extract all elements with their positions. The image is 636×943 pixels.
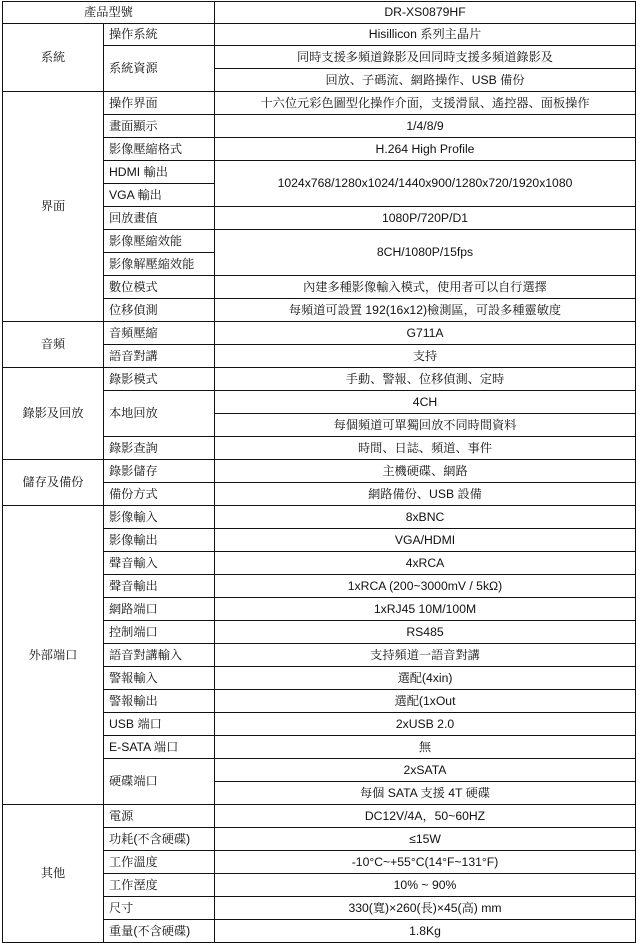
spec-label-cell: 回放畫值 <box>104 207 215 230</box>
spec-label-cell: 尺寸 <box>104 897 215 913</box>
spec-label-cell: 位移偵測 <box>104 299 215 322</box>
table-row: 儲存及備份錄影儲存主機硬碟、網路 <box>3 460 636 483</box>
spec-label-cell: VGA 輸出 <box>104 184 215 207</box>
spec-value-cell: DC12V/4A，50~60HZ <box>215 805 636 828</box>
spec-value-cell: 回放、子碼流、網路操作、USB 備份 <box>215 69 636 92</box>
spec-label-cell: 影像壓縮效能 <box>104 230 215 253</box>
spec-value-cell: 時間、日誌、頻道、事件 <box>215 437 636 460</box>
spec-value-cell: 十六位元彩色圖型化操作介面，支援滑鼠、遙控器、面板操作 <box>215 92 636 115</box>
table-row: 音頻音頻壓縮G711A <box>3 322 636 345</box>
spec-value-cell: 2xSATA <box>215 759 636 782</box>
spec-value-cell: 每個頻道可單獨回放不同時間資料 <box>215 414 636 437</box>
spec-value-cell: 8CH/1080P/15fps <box>215 230 636 276</box>
spec-label-cell: HDMI 輸出 <box>104 161 215 184</box>
table-row: 其他電源DC12V/4A，50~60HZ <box>3 805 636 828</box>
spec-value-cell: 內建多種影像輸入模式，使用者可以自行選擇 <box>215 276 636 299</box>
table-row: 界面操作界面十六位元彩色圖型化操作介面，支援滑鼠、遙控器、面板操作 <box>3 92 636 115</box>
spec-label-cell: 畫面顯示 <box>104 115 215 138</box>
spec-label-cell: 操作系統 <box>104 24 215 46</box>
spec-value-cell: G711A <box>215 322 636 345</box>
category-cell: 界面 <box>3 92 104 322</box>
spec-value-cell: 1/4/8/9 <box>215 115 636 138</box>
header-row: 產品型號 DR-XS0879HF <box>3 2 636 24</box>
spec-value-cell: 選配(1xOut <box>215 690 636 713</box>
category-cell: 系統 <box>3 24 104 92</box>
spec-label-cell: 警報輸出 <box>104 690 215 713</box>
spec-value-cell: 支持 <box>215 345 636 368</box>
spec-label-cell: 工作溼度 <box>104 874 215 897</box>
table-row: 錄影及回放錄影模式手動、警報、位移偵測、定時 <box>3 368 636 391</box>
spec-label-cell: 備份方式 <box>104 483 215 506</box>
category-cell: 其他 <box>3 805 104 913</box>
spec-label-cell: 影像解壓縮效能 <box>104 253 215 276</box>
spec-value-cell: 同時支援多頻道錄影及回同時支援多頻道錄影及 <box>215 46 636 69</box>
spec-value-cell: 1xRCA (200~3000mV / 5kΩ) <box>215 575 636 598</box>
spec-table: 產品型號 DR-XS0879HF 系統操作系統Hisillicon 系列主晶片系… <box>2 1 636 912</box>
spec-value-cell: 手動、警報、位移偵測、定時 <box>215 368 636 391</box>
spec-label-cell: 錄影儲存 <box>104 460 215 483</box>
spec-label-cell: 影像壓縮格式 <box>104 138 215 161</box>
spec-value-cell: 無 <box>215 736 636 759</box>
spec-label-cell: 影像輸入 <box>104 506 215 529</box>
spec-value-cell: 選配(4xin) <box>215 667 636 690</box>
category-cell: 音頻 <box>3 322 104 368</box>
spec-table-body: 產品型號 DR-XS0879HF 系統操作系統Hisillicon 系列主晶片系… <box>3 2 636 913</box>
spec-label-cell: E-SATA 端口 <box>104 736 215 759</box>
model-value: DR-XS0879HF <box>215 2 636 24</box>
category-cell: 外部端口 <box>3 506 104 805</box>
spec-label-cell: 網路端口 <box>104 598 215 621</box>
spec-value-cell: ≤15W <box>215 828 636 851</box>
table-row: 系統操作系統Hisillicon 系列主晶片 <box>3 24 636 46</box>
spec-label-cell: 工作溫度 <box>104 851 215 874</box>
spec-value-cell: 8xBNC <box>215 506 636 529</box>
spec-label-cell: 錄影查詢 <box>104 437 215 460</box>
spec-label-cell: 數位模式 <box>104 276 215 299</box>
spec-value-cell: 4CH <box>215 391 636 414</box>
spec-label-cell: 操作界面 <box>104 92 215 115</box>
spec-value-cell: -10°C~+55°C(14°F~131°F) <box>215 851 636 874</box>
spec-label-cell: 錄影模式 <box>104 368 215 391</box>
spec-value-cell: 每頻道可設置 192(16x12)檢測區，可設多種靈敏度 <box>215 299 636 322</box>
spec-value-cell: H.264 High Profile <box>215 138 636 161</box>
spec-value-cell: 10% ~ 90% <box>215 874 636 897</box>
spec-label-cell: 功耗(不含硬碟) <box>104 828 215 851</box>
spec-value-cell: RS485 <box>215 621 636 644</box>
spec-label-cell: 影像輸出 <box>104 529 215 552</box>
spec-label-cell: USB 端口 <box>104 713 215 736</box>
spec-label-cell: 語音對講輸入 <box>104 644 215 667</box>
category-cell: 錄影及回放 <box>3 368 104 460</box>
spec-value-cell: 1080P/720P/D1 <box>215 207 636 230</box>
spec-value-cell: 1xRJ45 10M/100M <box>215 598 636 621</box>
spec-value-cell: 330(寬)×260(長)×45(高) mm <box>215 897 636 913</box>
spec-label-cell: 聲音輸出 <box>104 575 215 598</box>
model-label: 產品型號 <box>3 2 215 24</box>
spec-value-cell: 4xRCA <box>215 552 636 575</box>
spec-label-cell: 電源 <box>104 805 215 828</box>
spec-label-cell: 控制端口 <box>104 621 215 644</box>
spec-value-cell: 1024x768/1280x1024/1440x900/1280x720/192… <box>215 161 636 207</box>
spec-label-cell: 聲音輸入 <box>104 552 215 575</box>
spec-value-cell: VGA/HDMI <box>215 529 636 552</box>
spec-value-cell: 支持頻道一語音對講 <box>215 644 636 667</box>
spec-label-cell: 本地回放 <box>104 391 215 437</box>
spec-value-cell: 每個 SATA 支援 4T 硬碟 <box>215 782 636 805</box>
spec-label-cell: 語音對講 <box>104 345 215 368</box>
spec-value-cell: 2xUSB 2.0 <box>215 713 636 736</box>
table-row: 外部端口影像輸入8xBNC <box>3 506 636 529</box>
category-cell: 儲存及備份 <box>3 460 104 506</box>
spec-label-cell: 硬碟端口 <box>104 759 215 805</box>
spec-label-cell: 警報輸入 <box>104 667 215 690</box>
spec-value-cell: Hisillicon 系列主晶片 <box>215 24 636 46</box>
spec-value-cell: 網路備份、USB 設備 <box>215 483 636 506</box>
spec-label-cell: 音頻壓縮 <box>104 322 215 345</box>
spec-value-cell: 主機硬碟、網路 <box>215 460 636 483</box>
spec-label-cell: 系統資源 <box>104 46 215 92</box>
